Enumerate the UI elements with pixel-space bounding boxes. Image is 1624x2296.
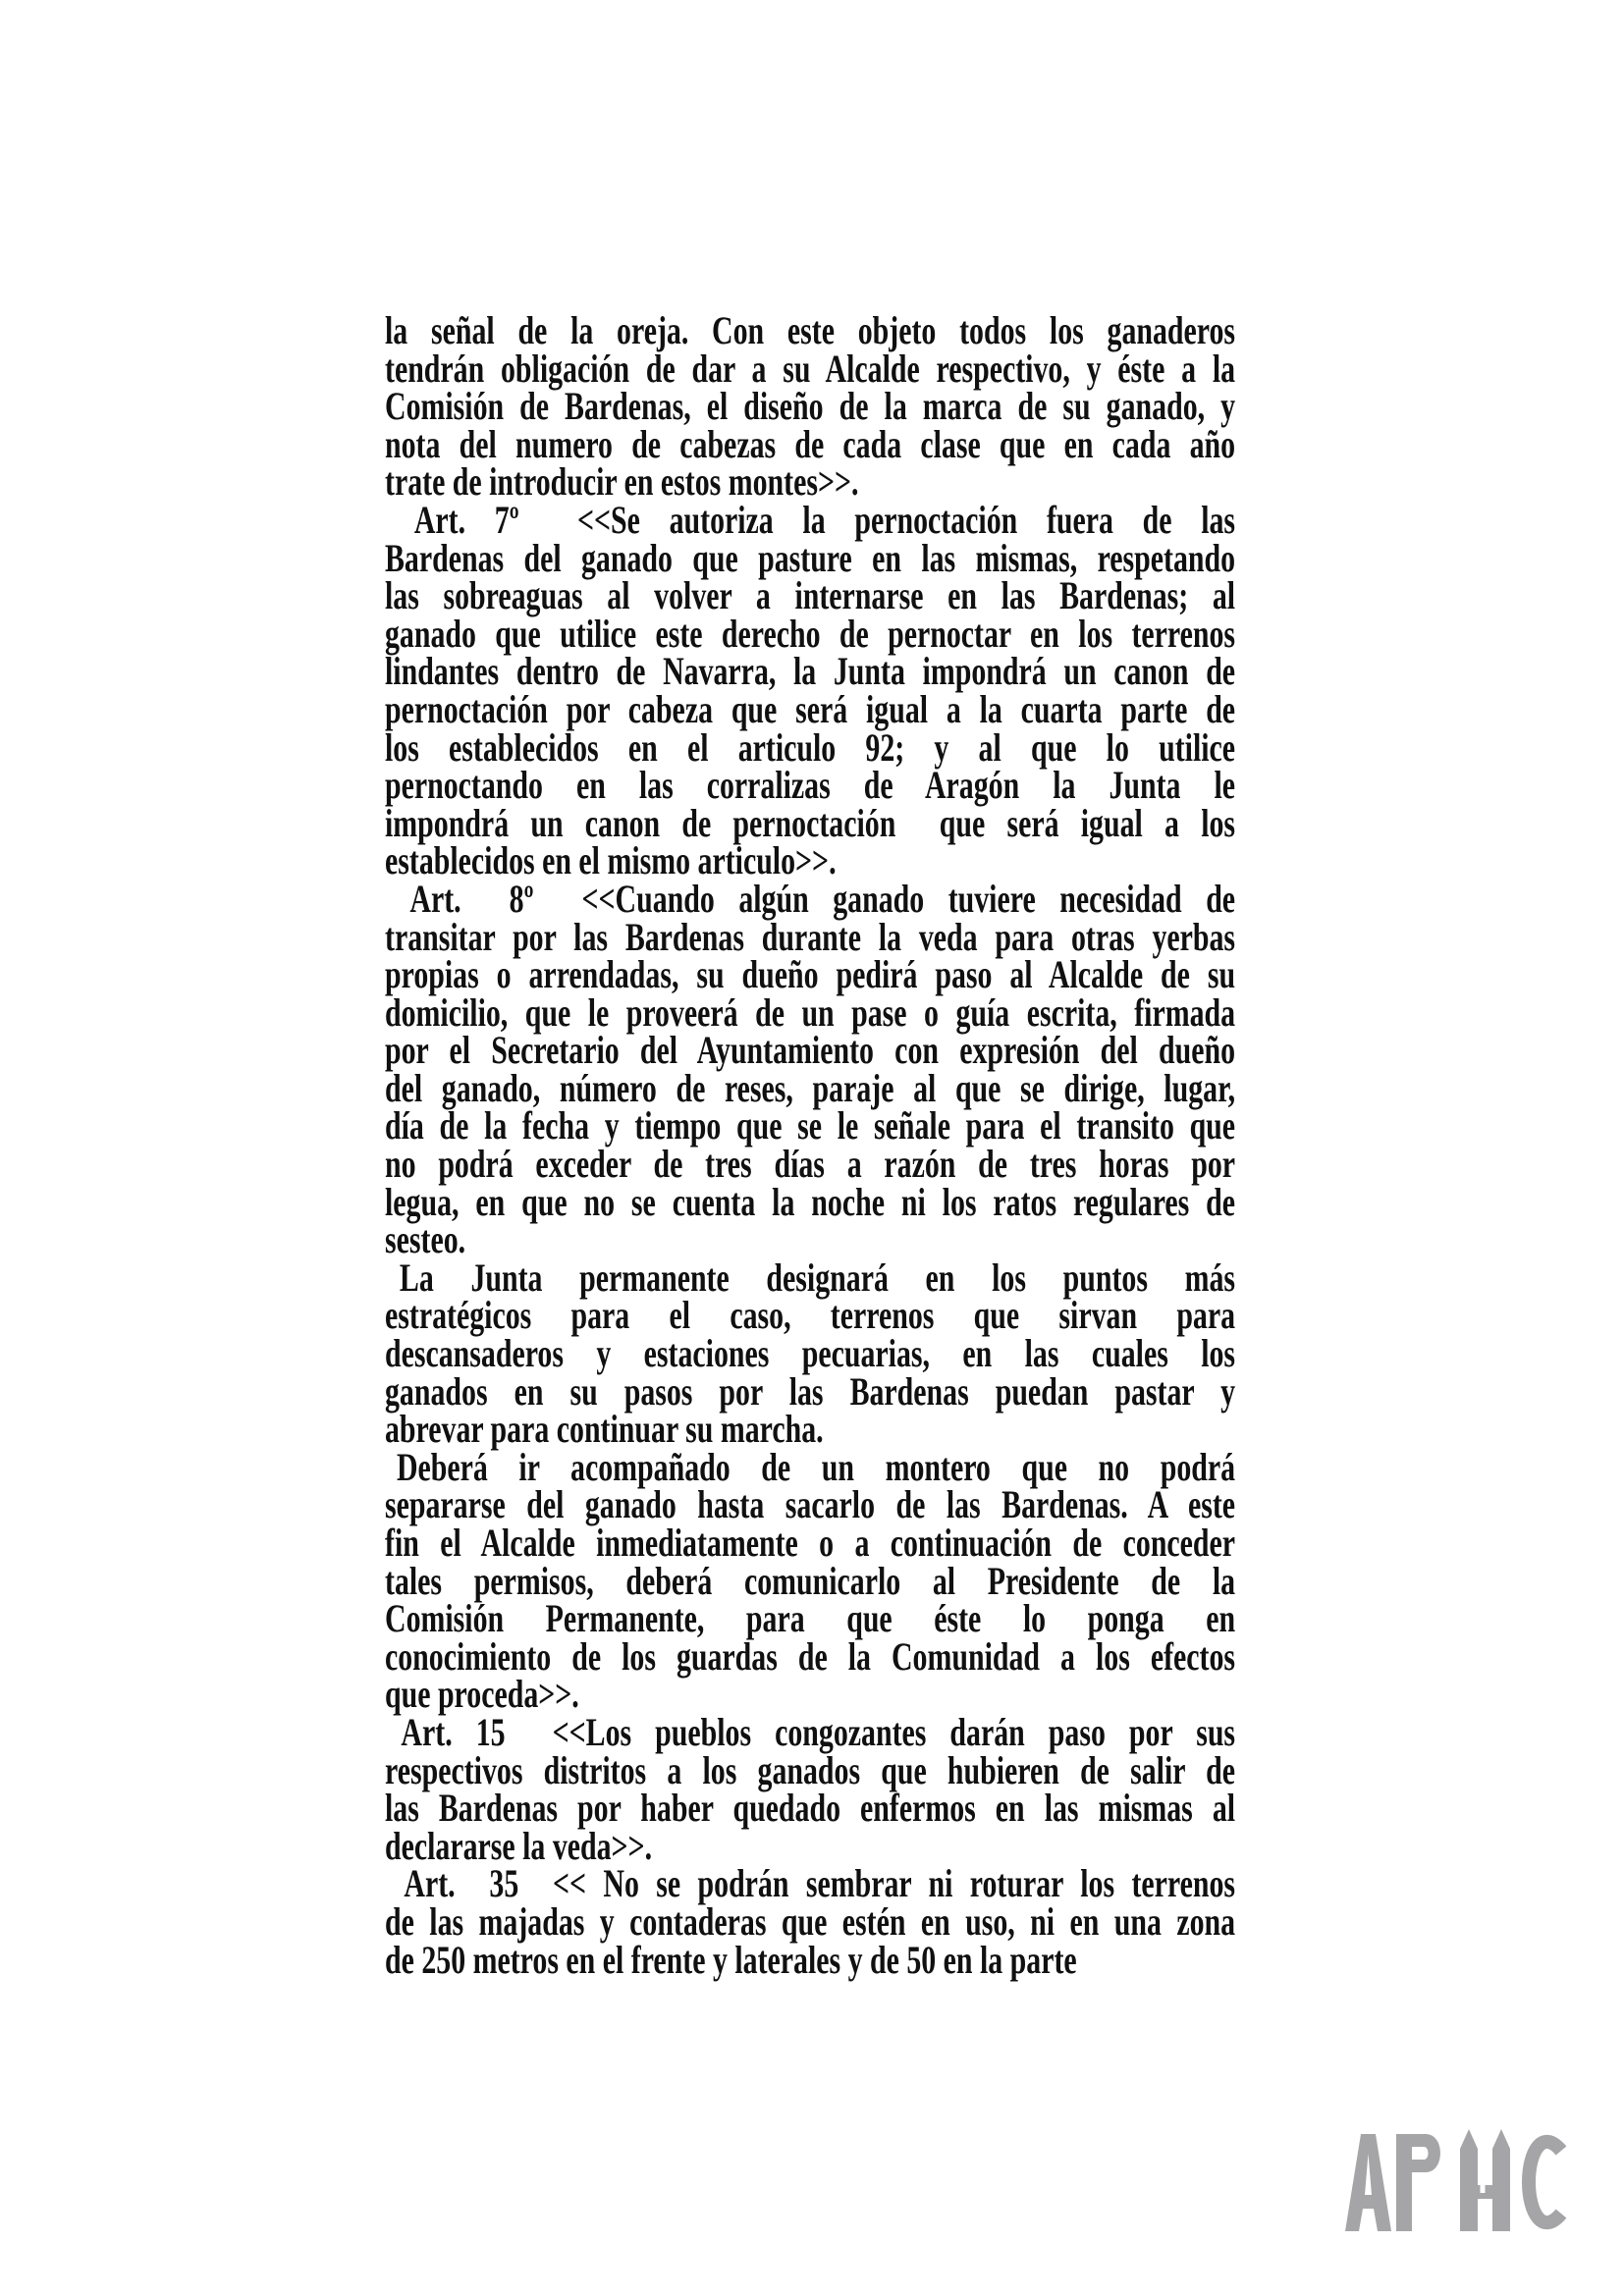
text-line: respectivos distritos a los ganados que … — [385, 1752, 1235, 1790]
watermark-letter-p — [1396, 2134, 1440, 2231]
text-line: sesteo. — [385, 1221, 1235, 1259]
text-line: Art. 15 <<Los pueblos congozantes darán … — [385, 1714, 1235, 1752]
text-line: ganado que utilice este derecho de perno… — [385, 615, 1235, 654]
text-line: pernoctación por cabeza que será igual a… — [385, 691, 1235, 729]
text-line: de las majadas y contaderas que estén en… — [385, 1903, 1235, 1942]
text-line: Bardenas del ganado que pasture en las m… — [385, 540, 1235, 578]
text-line: Deberá ir acompañado de un montero que n… — [385, 1449, 1235, 1487]
text-line: conocimiento de los guardas de la Comuni… — [385, 1638, 1235, 1677]
text-line: pernoctando en las corralizas de Aragón … — [385, 767, 1235, 805]
text-line: declararse la veda>>. — [385, 1828, 1235, 1866]
text-line: propias o arrendadas, su dueño pedirá pa… — [385, 956, 1235, 994]
text-line: Art. 7º <<Se autoriza la pernoctación fu… — [385, 502, 1235, 540]
text-line: Comisión Permanente, para que éste lo po… — [385, 1600, 1235, 1638]
text-line: tendrán obligación de dar a su Alcalde r… — [385, 350, 1235, 389]
text-line: no podrá exceder de tres días a razón de… — [385, 1146, 1235, 1184]
text-line: día de la fecha y tiempo que se le señal… — [385, 1107, 1235, 1146]
text-line: nota del numero de cabezas de cada clase… — [385, 426, 1235, 464]
watermark-letter-a — [1345, 2134, 1391, 2231]
text-line: descansaderos y estaciones pecuarias, en… — [385, 1335, 1235, 1373]
text-line: impondrá un canon de pernoctación que se… — [385, 805, 1235, 843]
watermark-letter-h-crossbar — [1478, 2185, 1492, 2199]
text-line: del ganado, número de reses, paraje al q… — [385, 1070, 1235, 1108]
watermark-letter-h-left-spire — [1460, 2129, 1478, 2231]
text-line: domicilio, que le proveerá de un pase o … — [385, 994, 1235, 1033]
text-line: abrevar para continuar su marcha. — [385, 1411, 1235, 1449]
text-line: Comisión de Bardenas, el diseño de la ma… — [385, 388, 1235, 426]
text-line: la señal de la oreja. Con este objeto to… — [385, 312, 1235, 350]
text-line: establecidos en el mismo articulo>>. — [385, 842, 1235, 881]
text-line: los establecidos en el articulo 92; y al… — [385, 729, 1235, 768]
text-line: las Bardenas por haber quedado enfermos … — [385, 1789, 1235, 1828]
watermark-letter-c — [1529, 2142, 1561, 2222]
text-line: que proceda>>. — [385, 1676, 1235, 1714]
text-line: lindantes dentro de Navarra, la Junta im… — [385, 653, 1235, 691]
text-line: trate de introducir en estos montes>>. — [385, 463, 1235, 502]
text-line: de 250 metros en el frente y laterales y… — [385, 1942, 1235, 1980]
text-line: legua, en que no se cuenta la noche ni l… — [385, 1184, 1235, 1222]
text-line: Art. 35 << No se podrán sembrar ni rotur… — [385, 1865, 1235, 1903]
document-text-block: la señal de la oreja. Con este objeto to… — [385, 312, 1235, 1979]
watermark-letter-h-right-spire — [1492, 2129, 1510, 2231]
document-page: la señal de la oreja. Con este objeto to… — [0, 0, 1624, 2296]
text-line: estratégicos para el caso, terrenos que … — [385, 1297, 1235, 1335]
text-line: ganados en su pasos por las Bardenas pue… — [385, 1373, 1235, 1412]
text-line: tales permisos, deberá comunicarlo al Pr… — [385, 1563, 1235, 1601]
text-line: transitar por las Bardenas durante la ve… — [385, 919, 1235, 957]
aphc-watermark-logo — [1343, 2116, 1569, 2234]
text-line: por el Secretario del Ayuntamiento con e… — [385, 1032, 1235, 1070]
text-line: fin el Alcalde inmediatamente o a contin… — [385, 1524, 1235, 1563]
text-line: Art. 8º <<Cuando algún ganado tuviere ne… — [385, 881, 1235, 919]
text-line: La Junta permanente designará en los pun… — [385, 1259, 1235, 1298]
text-line: separarse del ganado hasta sacarlo de la… — [385, 1486, 1235, 1524]
text-line: las sobreaguas al volver a internarse en… — [385, 577, 1235, 615]
